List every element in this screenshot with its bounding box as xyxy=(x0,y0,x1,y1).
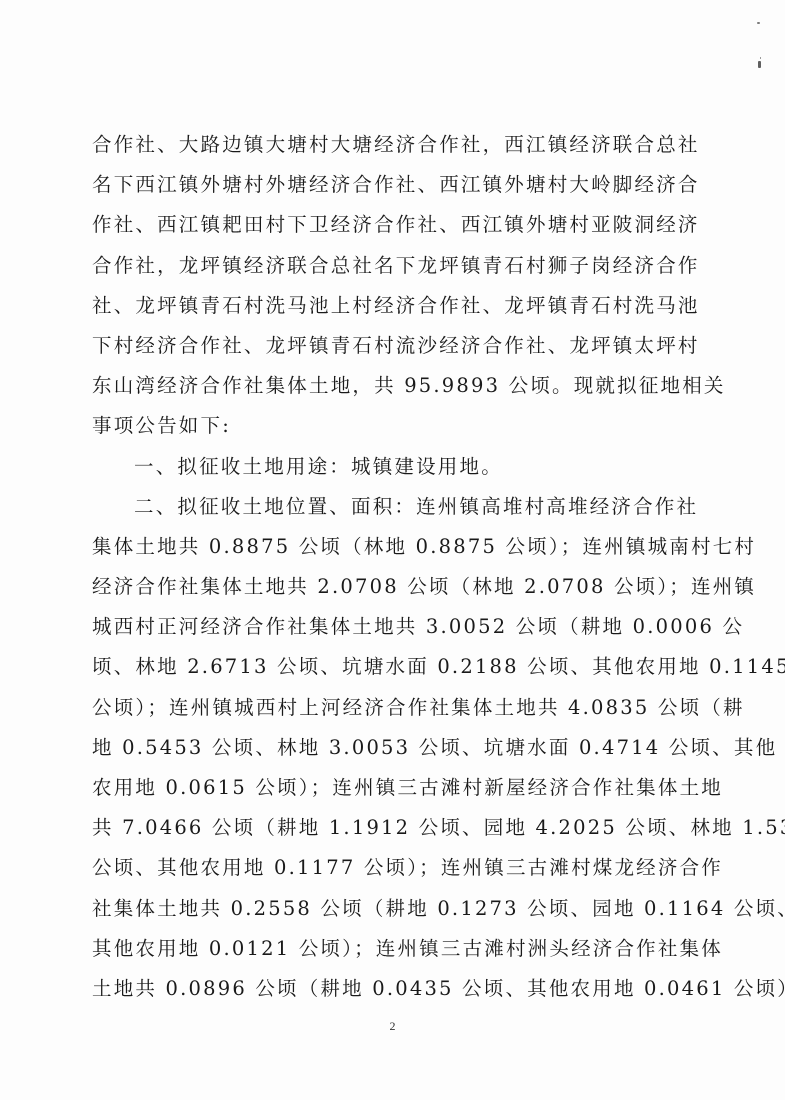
text-line: 农用地 0.0615 公顷）；连州镇三古滩村新屋经济合作社集体土地 xyxy=(92,768,696,808)
text-line: 作社、西江镇耙田村下卫经济合作社、西江镇外塘村亚陂洞经济 xyxy=(92,205,696,245)
text-line: 公顷、其他农用地 0.1177 公顷）；连州镇三古滩村煤龙经济合作 xyxy=(92,848,696,888)
text-line: 合作社、大路边镇大塘村大塘经济合作社，西江镇经济联合总社 xyxy=(92,125,696,165)
text-line: 公顷）；连州镇城西村上河经济合作社集体土地共 4.0835 公顷（耕 xyxy=(92,688,696,728)
section-heading-location-area: 二、拟征收土地位置、面积：连州镇高堆村高堆经济合作社 xyxy=(92,487,696,527)
text-line: 下村经济合作社、龙坪镇青石村流沙经济合作社、龙坪镇太坪村 xyxy=(92,326,696,366)
section-heading-land-use: 一、拟征收土地用途：城镇建设用地。 xyxy=(92,447,696,487)
document-body: 合作社、大路边镇大塘村大塘经济合作社，西江镇经济联合总社 名下西江镇外塘村外塘经… xyxy=(92,125,696,1009)
text-line: 合作社，龙坪镇经济联合总社名下龙坪镇青石村狮子岗经济合作 xyxy=(92,246,696,286)
text-line: 社、龙坪镇青石村洗马池上村经济合作社、龙坪镇青石村洗马池 xyxy=(92,286,696,326)
page-number: 2 xyxy=(0,1019,785,1034)
text-line: 经济合作社集体土地共 2.0708 公顷（林地 2.0708 公顷）；连州镇 xyxy=(92,567,696,607)
text-line: 城西村正河经济合作社集体土地共 3.0052 公顷（耕地 0.0006 公 xyxy=(92,607,696,647)
scan-dot-mark xyxy=(757,22,760,24)
document-page: 合作社、大路边镇大塘村大塘经济合作社，西江镇经济联合总社 名下西江镇外塘村外塘经… xyxy=(0,0,785,1100)
scan-drop-mark xyxy=(758,61,761,68)
text-line: 东山湾经济合作社集体土地，共 95.9893 公顷。现就拟征地相关 xyxy=(92,366,696,406)
text-line: 地 0.5453 公顷、林地 3.0053 公顷、坑塘水面 0.4714 公顷、… xyxy=(92,728,696,768)
text-line: 土地共 0.0896 公顷（耕地 0.0435 公顷、其他农用地 0.0461 … xyxy=(92,969,696,1009)
text-line: 社集体土地共 0.2558 公顷（耕地 0.1273 公顷、园地 0.1164 … xyxy=(92,889,696,929)
text-line: 其他农用地 0.0121 公顷）；连州镇三古滩村洲头经济合作社集体 xyxy=(92,929,696,969)
scan-drop-mark-top xyxy=(760,57,761,59)
text-line: 集体土地共 0.8875 公顷（林地 0.8875 公顷）；连州镇城南村七村 xyxy=(92,527,696,567)
text-line: 事项公告如下: xyxy=(92,406,696,446)
text-line: 顷、林地 2.6713 公顷、坑塘水面 0.2188 公顷、其他农用地 0.11… xyxy=(92,647,696,687)
text-line: 名下西江镇外塘村外塘经济合作社、西江镇外塘村大岭脚经济合 xyxy=(92,165,696,205)
text-line: 共 7.0466 公顷（耕地 1.1912 公顷、园地 4.2025 公顷、林地… xyxy=(92,808,696,848)
